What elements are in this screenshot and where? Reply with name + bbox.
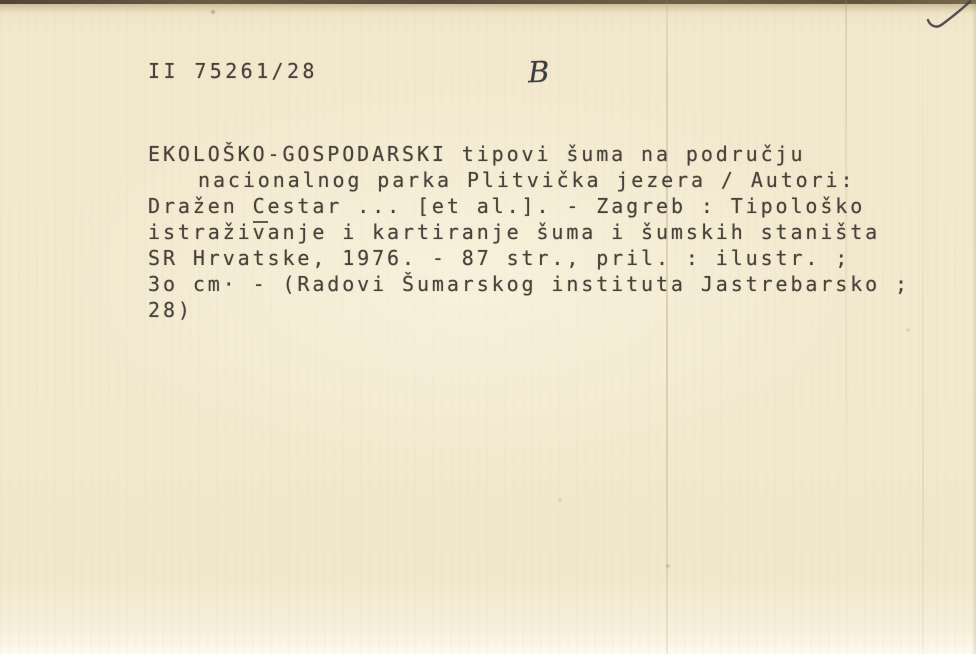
scan-top-edge-shadow: [0, 4, 976, 14]
author-name-prefix: Dražen: [148, 194, 253, 218]
entry-line-authors: Dražen Cestar ... [et al.]. - Zagreb : T…: [148, 193, 910, 219]
paper-crease: [922, 0, 924, 654]
entry-line-collation: SR Hrvatske, 1976. - 87 str., pril. : il…: [148, 245, 910, 271]
annotation-letter: B: [527, 55, 549, 90]
entry-line-series-number: 28): [148, 297, 910, 323]
scan-right-edge: [972, 0, 976, 654]
author-name-rest: estar ... [et al.]. - Zagreb : Tipološko: [268, 194, 866, 218]
catalog-entry: EKOLOŠKO-GOSPODARSKI tipovi šuma na podr…: [148, 141, 910, 323]
pen-checkmark-icon: [918, 0, 976, 34]
paper-crease: [666, 0, 668, 654]
paper-crease: [845, 0, 847, 654]
call-number: II 75261/28: [148, 58, 318, 84]
catalog-card: II 75261/28 B EKOLOŠKO-GOSPODARSKI tipov…: [0, 0, 976, 654]
entry-line-publisher: istraživanje i kartiranje šuma i šumskih…: [148, 219, 910, 245]
entry-line-title-continued: nacionalnog parka Plitvička jezera / Aut…: [148, 167, 910, 193]
entry-line-title: EKOLOŠKO-GOSPODARSKI tipovi šuma na podr…: [148, 141, 910, 167]
entry-line-series: 3o cm· - (Radovi Šumarskog instituta Jas…: [148, 271, 910, 297]
